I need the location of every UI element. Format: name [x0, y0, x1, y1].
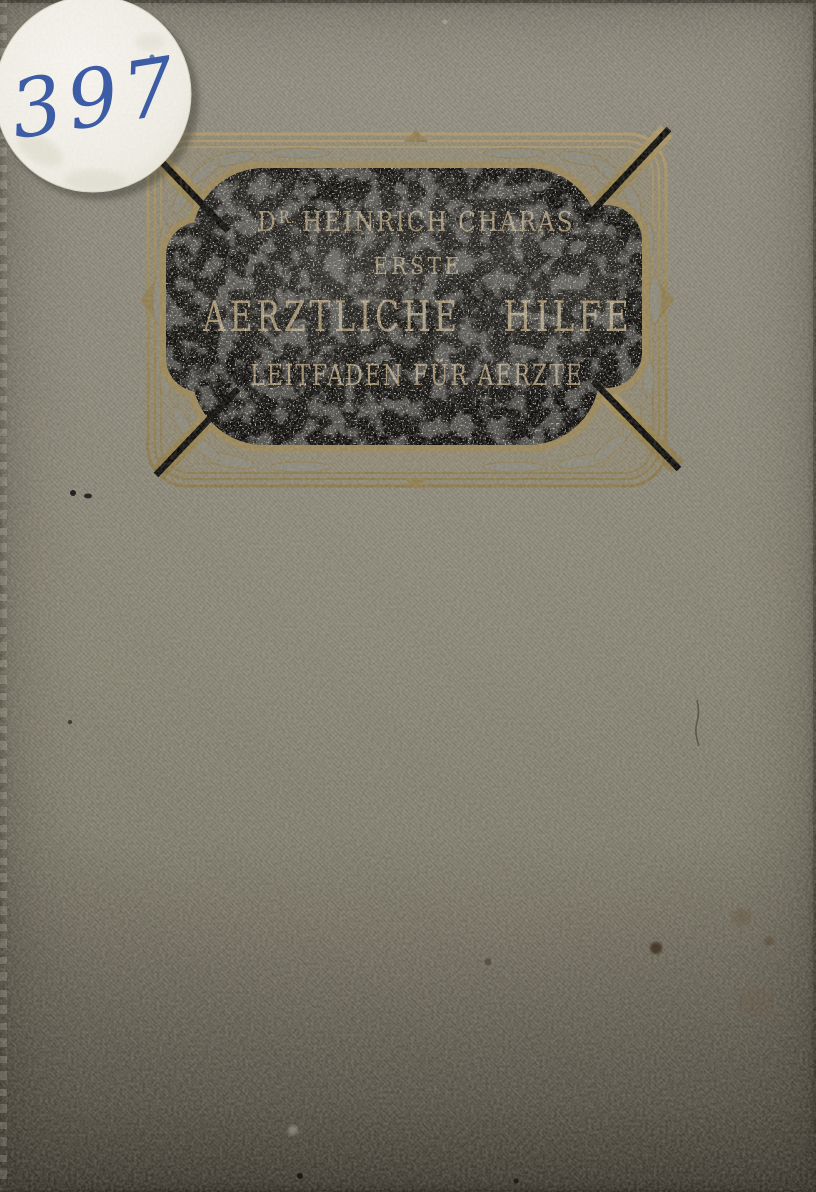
speck-dot: [485, 959, 492, 966]
light-fleck: [443, 20, 448, 25]
ink-speck: [68, 720, 72, 724]
light-wear-spot: [288, 1125, 298, 1135]
ink-speck: [84, 494, 92, 499]
stain-brown-smudge: [732, 909, 752, 925]
ink-speck: [514, 1179, 519, 1184]
sticker-ink-dot: [150, 55, 155, 60]
stain-small-brown: [764, 936, 774, 946]
cover-artwork: DR.HEINRICH CHARAS ERSTE AERZTLICHE HILF…: [0, 0, 816, 1192]
ink-speck: [297, 1173, 303, 1179]
book-cover: DR.HEINRICH CHARAS ERSTE AERZTLICHE HILF…: [0, 0, 816, 1192]
stain-faint-patch: [739, 988, 775, 1016]
stain-dark-spot: [650, 942, 662, 954]
ink-speck: [70, 490, 76, 496]
